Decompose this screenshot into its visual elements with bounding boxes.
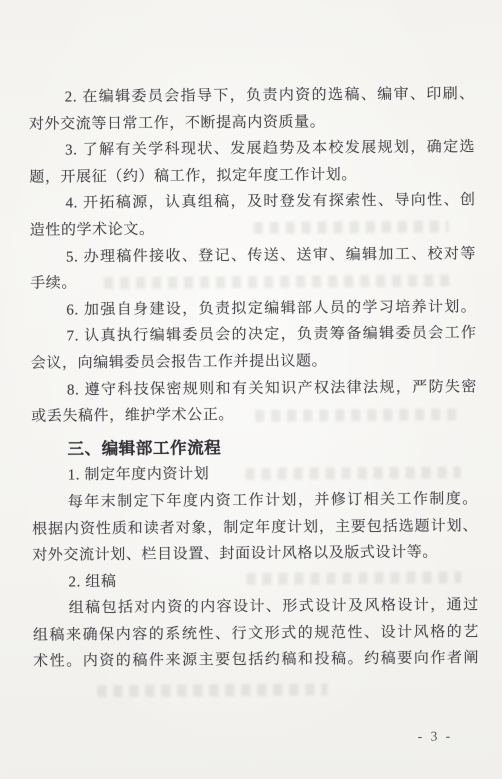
text-line: 对外交流等日常工作，不断提高内资质量。 <box>29 108 475 138</box>
document-body: 2. 在编辑委员会指导下，负责内资的选稿、编审、印刷、 对外交流等日常工作，不断… <box>29 81 480 676</box>
text-line: 组稿包括对内资的内容设计、形式设计及风格设计，通过 <box>33 592 479 622</box>
text-line: 4. 开拓稿源，认真组稿，及时登发有探索性、导向性、创 <box>29 188 475 218</box>
text-line: 8. 遵守科技保密规则和有关知识产权法律法规，严防失密 <box>31 374 477 404</box>
text-line: 5. 办理稿件接收、登记、传送、送审、编辑加工、校对等 <box>30 241 476 271</box>
scan-skew-wrapper: 2. 在编辑委员会指导下，负责内资的选稿、编审、印刷、 对外交流等日常工作，不断… <box>0 0 502 779</box>
text-line: 题，开展征（约）稿工作，拟定年度工作计划。 <box>29 161 475 191</box>
scanned-document-page: 2. 在编辑委员会指导下，负责内资的选稿、编审、印刷、 对外交流等日常工作，不断… <box>0 0 502 779</box>
section-heading: 三、编辑部工作流程 <box>31 433 477 463</box>
text-line: 造性的学术论文。 <box>30 214 476 244</box>
subsection-title: 1. 制定年度内资计划 <box>32 460 478 490</box>
text-line: 7. 认真执行编辑委员会的决定，负责筹备编辑委员会工作 <box>30 321 476 351</box>
page-number: - 3 - <box>418 728 453 744</box>
text-line: 组稿来确保内容的系统性、行文形式的规范性、设计风格的艺 <box>33 619 479 649</box>
text-line: 根据内资性质和读者对象，制定年度计划，主要包括选题计划、 <box>32 513 478 543</box>
bleed-through-artifact <box>97 683 327 697</box>
text-line: 3. 了解有关学科现状、发展趋势及本校发展规划，确定选 <box>29 134 475 164</box>
text-line: 6. 加强自身建设，负责拟定编辑部人员的学习培养计划。 <box>30 294 476 324</box>
text-line: 2. 在编辑委员会指导下，负责内资的选稿、编审、印刷、 <box>29 81 475 111</box>
text-line: 手续。 <box>30 267 476 297</box>
text-line: 或丢失稿件，维护学术公正。 <box>31 400 477 430</box>
text-line: 对外交流计划、栏目设置、封面设计风格以及版式设计等。 <box>32 539 478 569</box>
text-line: 每年末制定下年度内资工作计划，并修订相关工作制度。 <box>32 486 478 516</box>
text-line: 术性。内资的稿件来源主要包括约稿和投稿。约稿要向作者阐 <box>33 646 479 676</box>
text-line: 会议，向编辑委员会报告工作并提出议题。 <box>31 347 477 377</box>
subsection-title: 2. 组稿 <box>32 566 478 596</box>
